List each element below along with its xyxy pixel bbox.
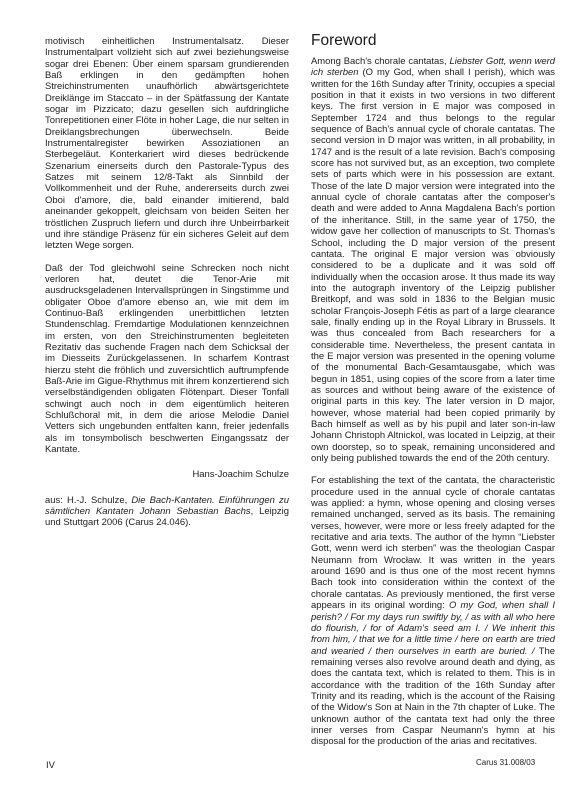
foreword-paragraph-2: For establishing the text of the cantata… bbox=[311, 475, 555, 747]
german-paragraph-2: Daß der Tod gleichwohl seine Schrecken n… bbox=[45, 263, 289, 456]
p1-text-start: Among Bach's chorale cantatas, bbox=[311, 56, 449, 67]
right-column-english-text: Foreword Among Bach's chorale cantatas, … bbox=[311, 32, 555, 759]
p2-text-rest: The remaining verses also revolve around… bbox=[311, 646, 555, 748]
document-page: motivisch einheitlichen Instrumentalsatz… bbox=[0, 0, 563, 800]
page-number: IV bbox=[46, 760, 55, 771]
p2-text-start: For establishing the text of the cantata… bbox=[311, 475, 555, 611]
author-signature: Hans-Joachim Schulze bbox=[45, 469, 289, 480]
source-citation: aus: H.-J. Schulze, Die Bach-Kantaten. E… bbox=[45, 495, 289, 529]
p1-text-rest: (O my God, when shall I perish), which w… bbox=[311, 67, 555, 464]
catalog-number: Carus 31.008/03 bbox=[476, 758, 535, 767]
german-paragraph-1: motivisch einheitlichen Instrumentalsatz… bbox=[45, 36, 289, 252]
source-prefix: aus: H.-J. Schulze, bbox=[45, 495, 131, 506]
foreword-heading: Foreword bbox=[311, 32, 555, 50]
foreword-paragraph-1: Among Bach's chorale cantatas, Liebster … bbox=[311, 56, 555, 464]
left-column-german-text: motivisch einheitlichen Instrumentalsatz… bbox=[45, 36, 289, 540]
